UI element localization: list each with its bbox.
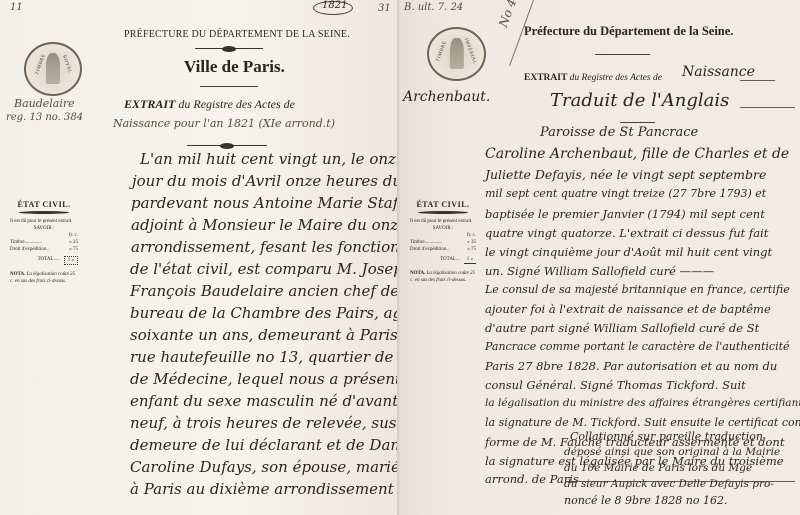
body-line: mil sept cent quatre vingt treize (27 7b… — [485, 187, 766, 200]
body-line: ajouter foi à l'extrait de naissance et … — [485, 302, 771, 316]
body-line: de Médecine, lequel nous a présenté un — [130, 370, 398, 388]
body-line: demeure de lui déclarant et de Dame — [130, 436, 398, 454]
fee-row-expedition: Droit d'expédition..» 75 — [10, 246, 78, 253]
fee-note: NOTA. La légalisation coûte 25 c. en sus… — [10, 271, 78, 285]
translated-from-english: Traduit de l'Anglais — [550, 90, 729, 111]
etat-civil-title: ÉTAT CIVIL. — [410, 200, 476, 209]
fee-row-total: TOTAL...1 » — [410, 256, 476, 264]
body-divider — [620, 122, 655, 123]
fee-row-timbre: Timbre..............» 35 — [410, 239, 476, 246]
royal-stamp-seal: TIMBRE ROYAL — [24, 42, 82, 96]
margin-note-name: Archenbaut. — [403, 89, 490, 105]
extract-register-text: du Registre des Actes de — [570, 73, 662, 83]
seal-figure-icon — [449, 38, 463, 69]
body-line-parish: Paroisse de St Pancrace — [540, 125, 698, 140]
body-line: à Paris au dixième arrondissement le — [130, 480, 398, 498]
prefecture-heading: PRÉFECTURE DU DÉPARTEMENT DE LA SEINE. — [124, 29, 350, 40]
body-line: L'an mil huit cent vingt un, le onzième — [140, 150, 398, 168]
body-line: de l'état civil, est comparu M. Joseph — [130, 260, 398, 278]
title-swash — [418, 211, 468, 214]
body-line: la signature de M. Tickford. Suit ensuit… — [485, 416, 800, 429]
prefecture-heading: Préfecture du Département de la Seine. — [524, 24, 733, 39]
fee-row-timbre: Timbre..............» 25 — [10, 239, 78, 246]
fee-savoir: SAVOIR : — [410, 225, 476, 232]
heading-rule — [595, 54, 650, 55]
collation-line: noncé le 8 9bre 1828 no 162. — [564, 494, 727, 507]
fee-note: NOTA. La légalisation coûte 25 c. en sus… — [410, 270, 476, 284]
body-line: le vingt cinquième jour d'Août mil huit … — [485, 245, 772, 259]
city-title: Ville de Paris. — [184, 57, 285, 77]
body-line: enfant du sexe masculin né d'avant hier, — [130, 392, 398, 410]
collation-line: du 10e Mairie de Paris lors du Mge — [564, 462, 752, 474]
collation-line: du sieur Aupick avec Delle Defayis pro- — [564, 478, 774, 490]
fee-intro: Il est dû pour le présent extrait. — [410, 218, 476, 225]
body-line: Paris 27 8bre 1828. Par autorisation et … — [485, 359, 777, 373]
act-type-handwritten: Naissance pour l'an 1821 (XIe arrond.t) — [113, 117, 335, 130]
body-line: arrondissement, fesant les fonctions d'o… — [131, 238, 398, 256]
seal-figure-icon — [46, 53, 60, 84]
left-document-page: 11 1821 31 TIMBRE ROYAL PRÉFECTURE DU DÉ… — [0, 0, 398, 515]
extract-label: EXTRAIT — [524, 73, 567, 83]
body-line: bureau de la Chambre des Pairs, agé de — [130, 304, 398, 322]
imperial-stamp-seal: TIMBRE IMPÉRIAL — [427, 27, 486, 81]
body-line: jour du mois d'Avril onze heures du mati… — [132, 172, 398, 190]
body-line: François Baudelaire ancien chef de — [130, 282, 398, 300]
document-number: No 4 — [496, 0, 519, 29]
extract-label: EXTRAIT — [124, 97, 175, 111]
extract-heading: EXTRAIT du Registre des Actes de — [124, 97, 295, 112]
collation-line: Collationné sur pareille traduction — [570, 430, 763, 443]
fee-currency-header: fr. c. — [10, 232, 78, 239]
body-line: baptisée le premier Janvier (1794) mil s… — [485, 207, 765, 221]
translated-rule — [740, 107, 795, 108]
fee-intro: Il est dû pour le présent extrait. — [10, 218, 78, 225]
body-line: Le consul de sa majesté britannique en f… — [485, 283, 790, 296]
body-line: Caroline Archenbaut, fille de Charles et… — [485, 146, 789, 162]
stamp-text-right: IMPÉRIAL — [463, 38, 477, 66]
fee-row-total: TOTAL.....1 » — [10, 256, 78, 265]
body-line: Juliette Defayis, née le vingt sept sept… — [485, 167, 766, 182]
title-rule — [200, 86, 258, 87]
body-line: consul Général. Signé Thomas Tickford. S… — [485, 378, 746, 392]
body-line: rue hautefeuille no 13, quartier de l'Éc… — [130, 348, 398, 366]
etat-civil-title: ÉTAT CIVIL. — [10, 200, 78, 209]
collation-line: déposé ainsi que son original à la Mairi… — [564, 446, 780, 458]
margin-note-name: Baudelaire — [14, 97, 75, 110]
right-document-page: B. ult. 7. 24 No 4 TIMBRE IMPÉRIAL Préfe… — [400, 0, 800, 515]
stamp-text-right: ROYAL — [61, 55, 72, 75]
etat-civil-fee-box: ÉTAT CIVIL. Il est dû pour le présent ex… — [410, 200, 476, 284]
fee-savoir: SAVOIR : — [10, 225, 78, 232]
heading-ornament — [195, 48, 263, 49]
fee-currency-header: fr. c. — [410, 232, 476, 239]
body-line: un. Signé William Sallofield curé ——— — [485, 264, 714, 278]
body-line: la légalisation du ministre des affaires… — [485, 397, 800, 409]
year-box: 1821 — [322, 0, 347, 11]
body-line: pardevant nous Antoine Marie Staffe, — [131, 194, 398, 212]
corner-mark-left: 11 — [10, 2, 23, 13]
act-type-rule — [740, 80, 775, 81]
corner-mark-right-page: B. ult. 7. 24 — [404, 2, 463, 13]
body-line: neuf, à trois heures de relevée, susdite — [130, 414, 398, 432]
body-line: Caroline Dufays, son épouse, mariés — [130, 458, 398, 476]
stamp-text-left: TIMBRE — [436, 40, 448, 62]
corner-mark-right: 31 — [378, 3, 391, 14]
body-line: soixante un ans, demeurant à Paris — [130, 326, 398, 344]
body-line: d'autre part signé William Sallofield cu… — [485, 321, 759, 335]
body-line: Pancrace comme portant le caractère de l… — [485, 340, 790, 353]
margin-note-ref: reg. 13 no. 384 — [6, 112, 83, 123]
fee-row-expedition: Droit d'expédition..» 75 — [410, 246, 476, 253]
body-line: adjoint à Monsieur le Maire du onzième — [131, 216, 398, 234]
title-swash — [19, 211, 69, 214]
extract-register-text: du Registre des Actes de — [178, 97, 295, 111]
etat-civil-fee-box: ÉTAT CIVIL. Il est dû pour le présent ex… — [10, 200, 78, 285]
act-type-handwritten: Naissance — [682, 64, 755, 80]
body-line: quatre vingt quatorze. L'extrait ci dess… — [485, 226, 768, 240]
extract-heading: EXTRAIT du Registre des Actes de — [524, 73, 662, 83]
extract-ornament — [187, 145, 267, 146]
